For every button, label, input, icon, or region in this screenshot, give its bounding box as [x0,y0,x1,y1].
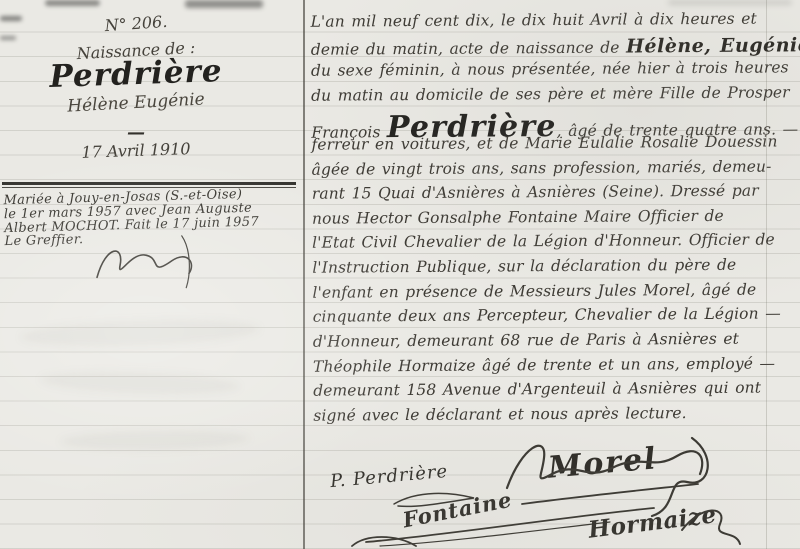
act-text-line: demeurant 158 Avenue d'Argenteuil à Asni… [313,378,799,406]
register-page-scan: N° 206. Naissance de : Perdrière Hélène … [0,0,800,549]
person-name-emphasis: Hélène, Eugénie [626,34,800,57]
cutoff-bottom-signature-flourish [346,532,426,549]
act-text-line: l'Instruction Publique, sur la déclarati… [312,255,798,283]
act-text-line: l'Etat Civil Chevalier de la Légion d'Ho… [312,231,798,259]
greffier-signature-flourish [86,226,231,300]
act-text-line: du sexe féminin, à nous présentée, née h… [311,59,797,87]
margin-separator-line [303,0,305,549]
act-text-line: d'Honneur, demeurant 68 rue de Paris à A… [313,329,799,357]
act-text-line: Théophile Hormaize âgé de trente et un a… [313,354,799,382]
margin-column: N° 206. Naissance de : Perdrière Hélène … [0,0,303,549]
act-text-line: du matin au domicile de ses père et mère… [311,83,797,111]
act-body-text: L'an mil neuf cent dix, le dix huit Avri… [311,9,800,431]
act-text-line: cinquante deux ans Percepteur, Chevalier… [313,305,799,333]
act-text-line: âgée de vingt trois ans, sans profession… [312,157,798,185]
act-text-line: L'an mil neuf cent dix, le dix huit Avri… [311,9,797,37]
act-text-line: nous Hector Gonsalphe Fontaine Maire Off… [312,206,798,234]
witness-hormaize-signature-flourish [676,500,746,549]
act-text-line: ferreur en voitures, et de Marie Eulalie… [311,132,797,160]
act-text-line: rant 15 Quai d'Asnières à Asnières (Sein… [312,182,798,210]
act-text-line: François Perdrière, âgé de trente quatre… [311,108,797,136]
top-edge-smudge [668,0,792,5]
act-text-line: demie du matin, acte de naissance de Hél… [311,34,797,62]
act-text-line: l'enfant en présence de Messieurs Jules … [312,280,798,308]
